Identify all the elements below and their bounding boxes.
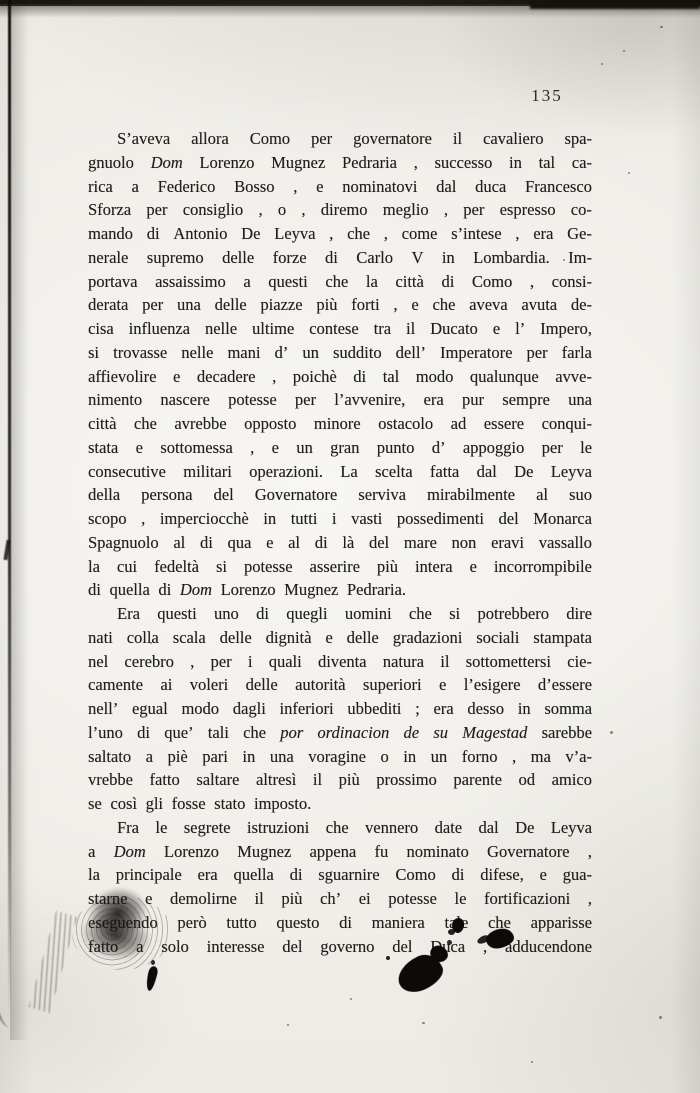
text-line: naticollascaladelledignitàedellegradazio… xyxy=(88,626,592,650)
paper-speck xyxy=(531,1061,533,1063)
binding-edge-line xyxy=(8,0,11,1015)
text-line: scopo,imperciocchèintuttiivastipossedime… xyxy=(88,507,592,531)
text-line: nell’egualmododagliinferioriubbediti;era… xyxy=(88,697,592,721)
paper-speck xyxy=(659,1016,662,1019)
ink-blot-thin-dot xyxy=(151,960,155,965)
text-line: se così gli fosse stato imposto. xyxy=(88,792,592,816)
text-line: cittàcheavrebbeoppostominoreostacoloades… xyxy=(88,412,592,436)
text-line: ricaaFedericoBosso,enominatovidalducaFra… xyxy=(88,175,592,199)
text-line: l’unodique’talicheporordinaciondesuMages… xyxy=(88,721,592,745)
text-line: gnuoloDomLorenzoMugnezPedraria,successoi… xyxy=(88,151,592,175)
paper-speck xyxy=(287,1024,289,1026)
text-line: FralesegreteistruzionichevennerodatedalD… xyxy=(88,816,592,840)
scan-top-edge-right xyxy=(530,0,700,9)
text-line: neralesupremodelleforzediCarloVinLombard… xyxy=(88,246,592,270)
paper-speck xyxy=(422,1022,425,1024)
paper-speck xyxy=(628,172,630,174)
binding-edge-shadow xyxy=(10,0,28,1040)
text-line: cisainfluenzanelleultimecontesetrailDuca… xyxy=(88,317,592,341)
text-line: stataesottomessa,eungranpuntod’appoggiop… xyxy=(88,436,592,460)
text-line: portavaassaissimoaquestichelacittàdiComo… xyxy=(88,270,592,294)
text-line: lacuifedeltàsipotesseasserirepiùinteraei… xyxy=(88,555,592,579)
text-line: nimentonascerepotesseperl’avvenire,erapu… xyxy=(88,388,592,412)
text-line: saltatoapièpariinunavoragineoinunforno,m… xyxy=(88,745,592,769)
ink-scratch xyxy=(29,911,78,1013)
paper-speck xyxy=(660,26,663,28)
text-line: consecutivemilitarioperazioni.Lasceltafa… xyxy=(88,460,592,484)
text-block: S’avevaalloraComopergovernatoreilcavalie… xyxy=(88,127,592,958)
paper-speck xyxy=(601,63,603,65)
paper-speck xyxy=(610,731,613,734)
text-line: starneedemolirneilpiùch’eipotesseleforti… xyxy=(88,887,592,911)
text-line: aDomLorenzoMugnezappenafunominatoGoverna… xyxy=(88,840,592,864)
text-line: Spagnuoloaldiquaealdilàdelmarenoneraviva… xyxy=(88,531,592,555)
text-line: Eraquestiunodiquegliuominichesipotrebber… xyxy=(88,602,592,626)
page-number: 135 xyxy=(524,86,570,106)
text-line: camenteaivoleridelleautoritàsuperioriel’… xyxy=(88,673,592,697)
text-line: sitrovassenellemanid’unsudditodell’Imper… xyxy=(88,341,592,365)
text-line: nelcerebro,periqualidiventanaturailsotto… xyxy=(88,650,592,674)
text-line: mandodiAntonioDeLeyva,che,comes’intese,e… xyxy=(88,222,592,246)
text-line: vrebbefattosaltarealtresìilpiùprossimopa… xyxy=(88,768,592,792)
text-line: dellapersonadelGovernatoreservivamirabil… xyxy=(88,483,592,507)
text-line: S’avevaalloraComopergovernatoreilcavalie… xyxy=(88,127,592,151)
paper-speck xyxy=(623,50,625,52)
text-line: laprincipaleeraquelladisguarnireComodidi… xyxy=(88,863,592,887)
text-line: derataperunadellepiazzepiùforti,echeavev… xyxy=(88,293,592,317)
text-line: fattoasolointeressedelgovernodelDuca,add… xyxy=(88,935,592,959)
text-line: eseguendoperòtuttoquestodimanierataleche… xyxy=(88,911,592,935)
text-line: affievolireedecadere,poichèditalmodoqual… xyxy=(88,365,592,389)
ink-blot-thin xyxy=(144,965,159,991)
text-line: Sforzaperconsiglio,o,diremomeglio,peresp… xyxy=(88,198,592,222)
scanned-book-page: 135 S’avevaalloraComopergovernatoreilcav… xyxy=(0,0,700,1093)
paper-speck xyxy=(350,998,352,1000)
text-line: di quella di Dom Lorenzo Mugnez Pedraria… xyxy=(88,578,592,602)
